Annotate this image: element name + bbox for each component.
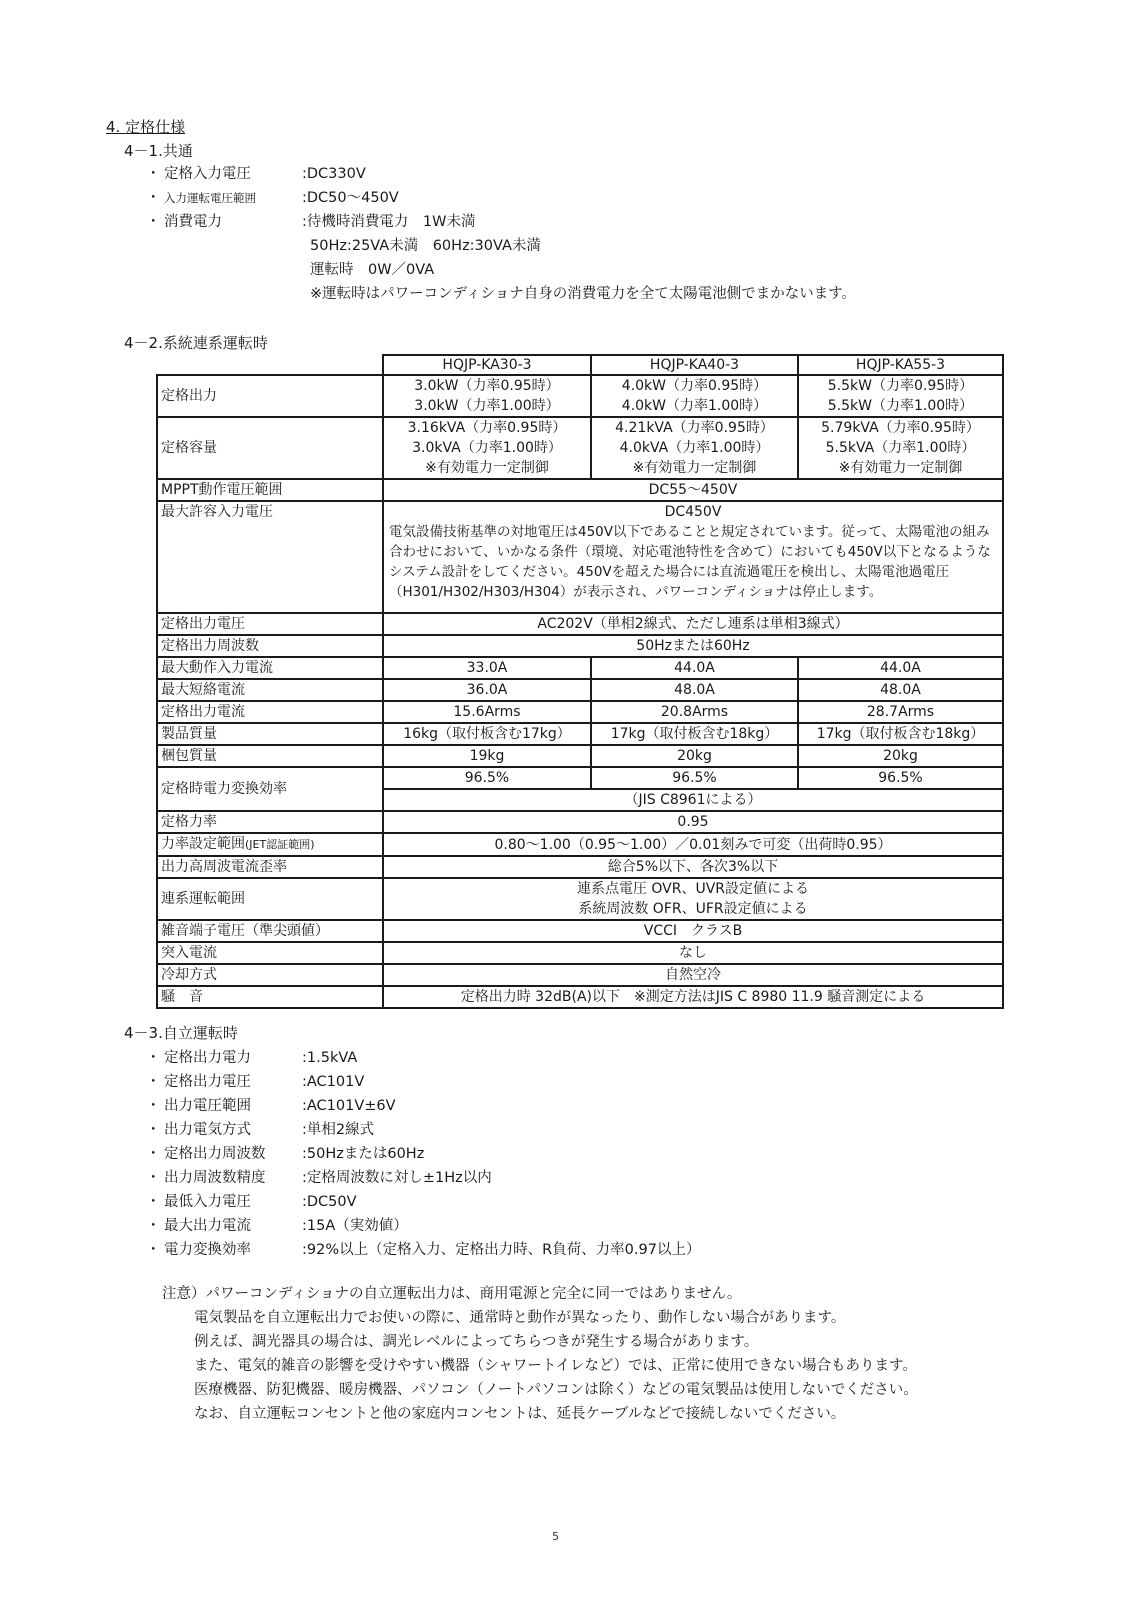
table-row: 定格出力周波数 50Hzまたは60Hz xyxy=(157,635,1003,657)
max-input-note: 電気設備技術基準の対地電圧は450V以下であることと規定されています。従って、太… xyxy=(387,522,999,612)
table-row: 定格出力電流 15.6Arms 20.8Arms 28.7Arms xyxy=(157,701,1003,723)
table-row: 騒 音 定格出力時 32dB(A)以下 ※測定方法はJIS C 8980 11.… xyxy=(157,986,1003,1008)
table-row: MPPT動作電圧範囲 DC55～450V xyxy=(157,479,1003,501)
standalone-item: ・最大出力電流:15A（実効値） xyxy=(146,1216,408,1236)
table-row: 雑音端子電圧（準尖頭値） VCCI クラスB xyxy=(157,920,1003,942)
row-label: 定格出力電流 xyxy=(157,701,383,723)
grid-heading: 4－2.系統連系運転時 xyxy=(124,332,268,353)
row-label: 梱包質量 xyxy=(157,745,383,767)
model-header: HQJP-KA30-3 xyxy=(383,355,591,375)
row-label: 定格出力 xyxy=(157,375,383,417)
table-row: 出力高周波電流歪率 総合5%以下、各次3%以下 xyxy=(157,856,1003,878)
row-label: 雑音端子電圧（準尖頭値） xyxy=(157,920,383,942)
standalone-item: ・定格出力電力:1.5kVA xyxy=(146,1048,357,1068)
section-title: 4. 定格仕様 xyxy=(106,116,185,137)
row-label: 力率設定範囲(JET認証範囲) xyxy=(157,833,383,856)
bullet: ・ xyxy=(146,188,164,208)
table-row: 力率設定範囲(JET認証範囲) 0.80～1.00（0.95～1.00）／0.0… xyxy=(157,833,1003,856)
bullet: ・ xyxy=(146,164,164,184)
table-row: 定格力率 0.95 xyxy=(157,811,1003,833)
row-label: 出力高周波電流歪率 xyxy=(157,856,383,878)
row-label: 定格出力電圧 xyxy=(157,613,383,635)
caution-line: また、電気的雑音の影響を受けやすい機器（シャワートイレなど）では、正常に使用でき… xyxy=(194,1354,917,1378)
row-label: 定格出力周波数 xyxy=(157,635,383,657)
row-label: 最大短絡電流 xyxy=(157,679,383,701)
row-label: 突入電流 xyxy=(157,942,383,964)
bullet: ・ xyxy=(146,212,164,232)
table-row: 連系運転範囲 連系点電圧 OVR、UVR設定値による系統周波数 OFR、UFR設… xyxy=(157,878,1003,920)
table-row: 製品質量 16kg（取付板含む17kg） 17kg（取付板含む18kg） 17k… xyxy=(157,723,1003,745)
common-item-input-voltage-range: ・入力運転電圧範囲:DC50～450V xyxy=(146,188,399,208)
row-label: 連系運転範囲 xyxy=(157,878,383,920)
standalone-heading: 4－3.自立運転時 xyxy=(124,1022,238,1043)
table-row: 梱包質量 19kg 20kg 20kg xyxy=(157,745,1003,767)
table-row: 冷却方式 自然空冷 xyxy=(157,964,1003,986)
row-label: 定格容量 xyxy=(157,417,383,479)
table-row: 定格出力 3.0kW（力率0.95時）3.0kW（力率1.00時） 4.0kW（… xyxy=(157,375,1003,417)
row-label: MPPT動作電圧範囲 xyxy=(157,479,383,501)
table-row: 最大短絡電流 36.0A 48.0A 48.0A xyxy=(157,679,1003,701)
row-label: 製品質量 xyxy=(157,723,383,745)
row-label: 定格時電力変換効率 xyxy=(157,767,383,811)
common-item-rated-input-voltage: ・定格入力電圧:DC330V xyxy=(146,164,366,184)
caution-lead: 注意）パワーコンディショナの自立運転出力は、商用電源と完全に同一ではありません。 xyxy=(162,1282,741,1306)
table-row: 定格出力電圧 AC202V（単相2線式、ただし連系は単相3線式） xyxy=(157,613,1003,635)
common-item-power-consumption: ・消費電力:待機時消費電力 1W未満 xyxy=(146,212,475,232)
standalone-item: ・出力電気方式:単相2線式 xyxy=(146,1120,374,1140)
common-heading: 4－1.共通 xyxy=(124,140,193,161)
model-header: HQJP-KA40-3 xyxy=(591,355,798,375)
standalone-item: ・最低入力電圧:DC50V xyxy=(146,1192,357,1212)
row-label: 騒 音 xyxy=(157,986,383,1008)
table-row: 突入電流 なし xyxy=(157,942,1003,964)
table-row: 定格時電力変換効率 96.5% 96.5% 96.5% xyxy=(157,767,1003,789)
table-header-row: HQJP-KA30-3 HQJP-KA40-3 HQJP-KA55-3 xyxy=(157,355,1003,375)
caution-line: なお、自立運転コンセントと他の家庭内コンセントは、延長ケーブルなどで接続しないで… xyxy=(194,1402,845,1426)
caution-line: 電気製品を自立運転出力でお使いの際に、通常時と動作が異なったり、動作しない場合が… xyxy=(194,1306,845,1330)
power-sub-line: 50Hz:25VA未満 60Hz:30VA未満 xyxy=(310,236,541,256)
table-row: 最大動作入力電流 33.0A 44.0A 44.0A xyxy=(157,657,1003,679)
standalone-item: ・出力周波数精度:定格周波数に対し±1Hz以内 xyxy=(146,1168,492,1188)
row-label: 冷却方式 xyxy=(157,964,383,986)
table-row: 最大許容入力電圧 DC450V 電気設備技術基準の対地電圧は450V以下であるこ… xyxy=(157,501,1003,613)
power-sub-line: 運転時 0W／0VA xyxy=(310,260,434,280)
row-label: 最大許容入力電圧 xyxy=(157,501,383,613)
row-label: 定格力率 xyxy=(157,811,383,833)
standalone-item: ・電力変換効率:92%以上（定格入力、定格出力時、R負荷、力率0.97以上） xyxy=(146,1240,700,1260)
power-sub-note: ※運転時はパワーコンディショナ自身の消費電力を全て太陽電池側でまかないます。 xyxy=(310,284,856,304)
standalone-item: ・定格出力電圧:AC101V xyxy=(146,1072,364,1092)
caution-line: 例えば、調光器具の場合は、調光レベルによってちらつきが発生する場合があります。 xyxy=(194,1330,758,1354)
standalone-item: ・出力電圧範囲:AC101V±6V xyxy=(146,1096,396,1116)
row-label: 最大動作入力電流 xyxy=(157,657,383,679)
table-row: 定格容量 3.16kVA（力率0.95時）3.0kVA（力率1.00時）※有効電… xyxy=(157,417,1003,479)
page-number: 5 xyxy=(552,1530,559,1543)
grid-spec-table: HQJP-KA30-3 HQJP-KA40-3 HQJP-KA55-3 定格出力… xyxy=(156,354,1004,1009)
caution-line: 医療機器、防犯機器、暖房機器、パソコン（ノートパソコンは除く）などの電気製品は使… xyxy=(194,1378,918,1402)
model-header: HQJP-KA55-3 xyxy=(798,355,1003,375)
standalone-item: ・定格出力周波数:50Hzまたは60Hz xyxy=(146,1144,424,1164)
